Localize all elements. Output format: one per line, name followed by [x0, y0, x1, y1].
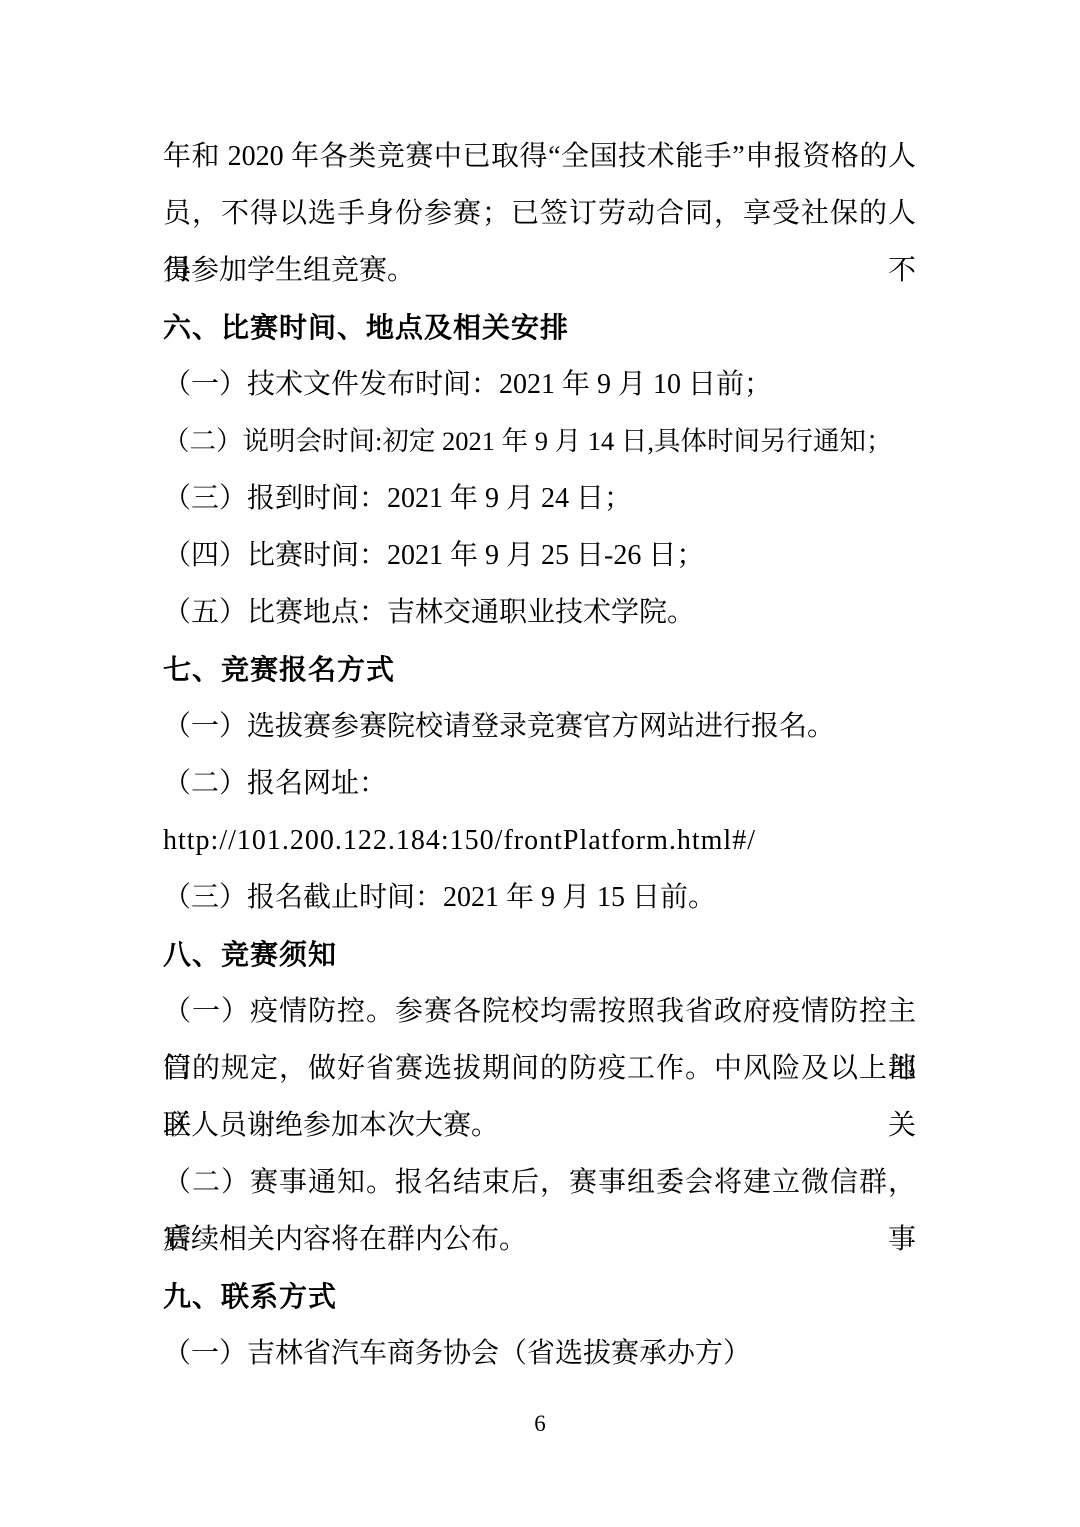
notes-epidemic-prevention-line: （一）疫情防控。参赛各院校均需按照我省政府疫情防控主管部: [163, 983, 916, 1040]
registration-item-official-site: （一）选拔赛参赛院校请登录竞赛官方网站进行报名。: [163, 698, 916, 755]
intro-paragraph-line: 员，不得以选手身份参赛；已签订劳动合同，享受社保的人员不: [163, 185, 916, 242]
schedule-item-competition-time: （四）比赛时间：2021 年 9 月 25 日-26 日；: [163, 527, 916, 584]
registration-url: http://101.200.122.184:150/frontPlatform…: [163, 812, 916, 869]
page-content: 年和 2020 年各类竞赛中已取得“全国技术能手”申报资格的人 员，不得以选手身…: [163, 128, 916, 1382]
registration-item-url-label: （二）报名网址：: [163, 755, 916, 812]
document-page: 年和 2020 年各类竞赛中已取得“全国技术能手”申报资格的人 员，不得以选手身…: [0, 0, 1080, 1527]
intro-paragraph-line: 年和 2020 年各类竞赛中已取得“全国技术能手”申报资格的人: [163, 128, 916, 185]
page-number: 6: [0, 1404, 1080, 1444]
contact-item-association: （一）吉林省汽车商务协会（省选拔赛承办方）: [163, 1325, 916, 1382]
section-heading-competition-schedule: 六、比赛时间、地点及相关安排: [163, 299, 916, 356]
schedule-item-briefing-time: （二）说明会时间:初定 2021 年 9 月 14 日,具体时间另行通知；: [163, 413, 916, 470]
section-heading-competition-notes: 八、竞赛须知: [163, 926, 916, 983]
schedule-item-tech-docs-release: （一）技术文件发布时间：2021 年 9 月 10 日前；: [163, 356, 916, 413]
schedule-item-competition-venue: （五）比赛地点：吉林交通职业技术学院。: [163, 584, 916, 641]
registration-item-deadline: （三）报名截止时间：2021 年 9 月 15 日前。: [163, 869, 916, 926]
notes-event-notification-line: （二）赛事通知。报名结束后，赛事组委会将建立微信群，赛事: [163, 1154, 916, 1211]
section-heading-registration-method: 七、竞赛报名方式: [163, 641, 916, 698]
notes-epidemic-prevention-line: 门的规定，做好省赛选拔期间的防疫工作。中风险及以上地区关: [163, 1040, 916, 1097]
section-heading-contact-info: 九、联系方式: [163, 1268, 916, 1325]
schedule-item-checkin-time: （三）报到时间：2021 年 9 月 24 日；: [163, 470, 916, 527]
